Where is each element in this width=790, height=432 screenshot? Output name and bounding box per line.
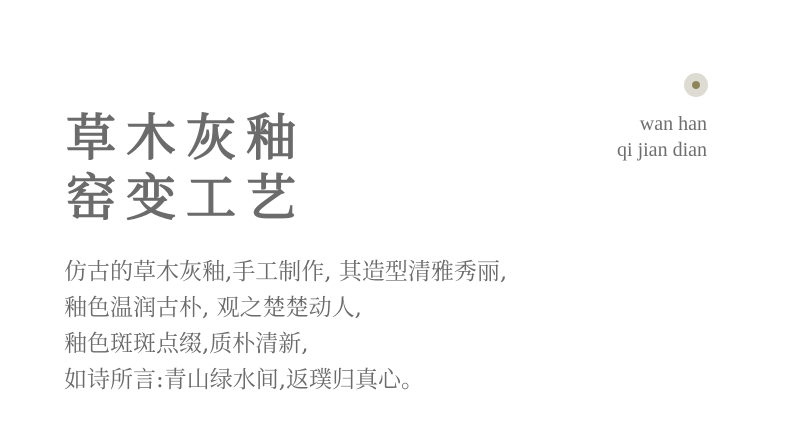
description-paragraph: 仿古的草木灰釉,手工制作, 其造型清雅秀丽, 釉色温润古朴, 观之楚楚动人, 釉… (64, 254, 507, 398)
description-line-4: 如诗所言:青山绿水间,返璞归真心。 (64, 362, 507, 398)
title-line-2: 窑变工艺 (66, 168, 306, 228)
badge-inner-dot (692, 81, 700, 89)
pinyin-line-1: wan han (617, 111, 707, 137)
pinyin-line-2: qi jian dian (617, 137, 707, 163)
pinyin-caption: wan han qi jian dian (617, 111, 707, 163)
circle-dot-icon (684, 73, 708, 97)
description-line-1: 仿古的草木灰釉,手工制作, 其造型清雅秀丽, (64, 254, 507, 290)
page-title: 草木灰釉 窑变工艺 (66, 108, 306, 228)
description-line-3: 釉色斑斑点缀,质朴清新, (64, 326, 507, 362)
description-line-2: 釉色温润古朴, 观之楚楚动人, (64, 290, 507, 326)
title-line-1: 草木灰釉 (66, 108, 306, 168)
